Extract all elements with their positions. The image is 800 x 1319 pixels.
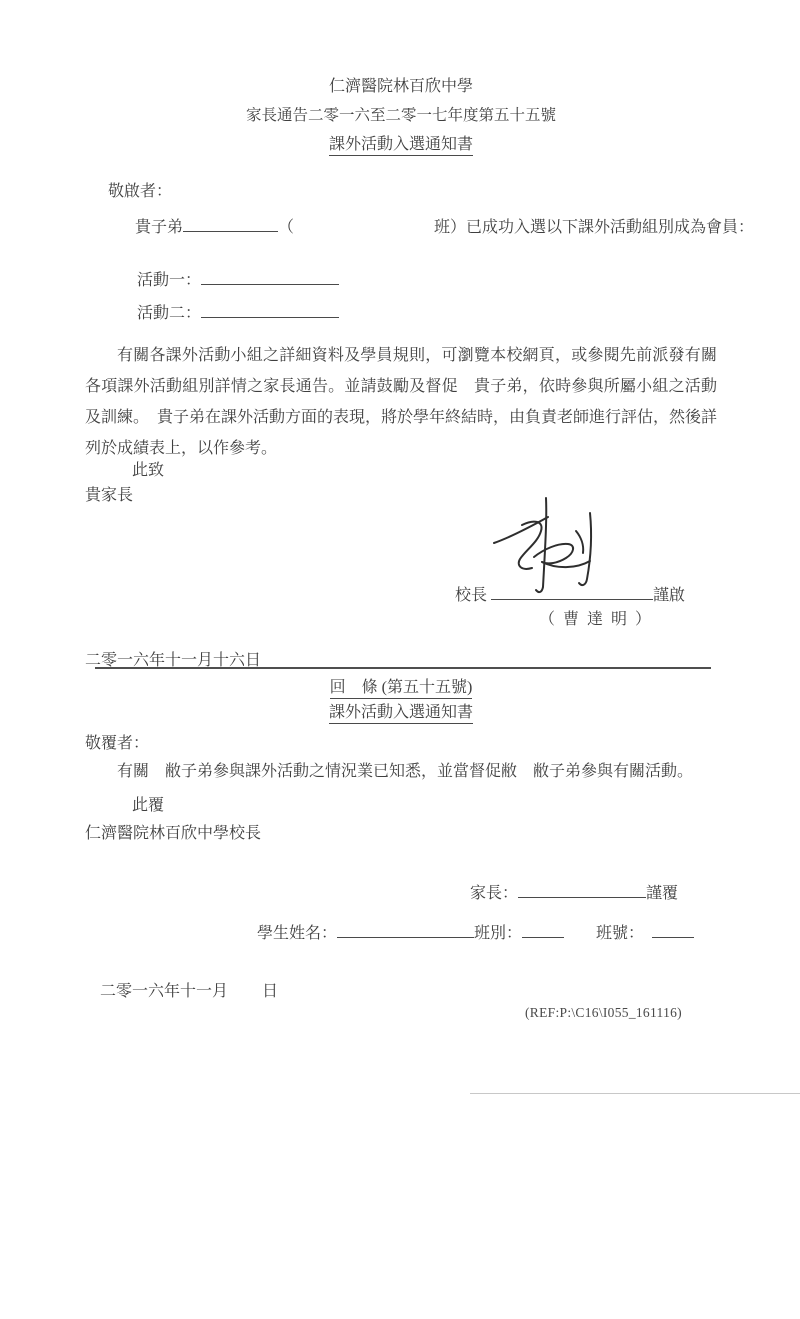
class-reply-blank — [522, 920, 564, 938]
reply-date-day-suffix: 日 — [262, 983, 278, 1000]
activity-1-label: 活動一： — [137, 272, 201, 289]
tear-off-divider — [95, 667, 711, 669]
scanned-notice-document: 仁濟醫院林百欣中學 家長通告二零一六至二零一七年度第五十五號 課外活動入選通知書… — [0, 0, 800, 1319]
student-name-label: 學生姓名： — [257, 925, 337, 942]
reply-date-row: 二零一六年十一月日 — [100, 978, 278, 1001]
notice-number-line: 家長通告二零一六至二零一七年度第五十五號 — [85, 103, 717, 125]
principal-signature-line — [491, 582, 653, 600]
paren-open: （ — [278, 219, 294, 236]
student-name-reply-blank — [337, 920, 474, 938]
scan-artifact-line — [470, 1093, 800, 1094]
parent-sign-row: 家長：謹覆 — [470, 880, 678, 903]
letter-closing: 此致 — [132, 457, 164, 480]
activity-2-row: 活動二： — [137, 300, 339, 323]
intro-prefix: 貴子弟 — [135, 219, 183, 236]
intro-suffix: 已成功入選以下課外活動組別成為會員： — [466, 219, 754, 236]
reference-code: (REF:P:\C16\I055_161116) — [525, 1005, 682, 1021]
reply-salutation: 敬覆者： — [85, 730, 149, 753]
reply-body: 有關 敝子弟參與課外活動之情況業已知悉，並當督促敝 敝子弟參與有關活動。 — [85, 756, 717, 787]
principal-name: （ 曹 達 明 ） — [516, 606, 676, 629]
activity-1-row: 活動一： — [137, 267, 339, 290]
parent-signature-blank — [518, 880, 646, 898]
reply-title-row-1: 回 條 (第五十五號) — [85, 674, 717, 697]
principal-sign-row: 校長 謹啟 — [455, 582, 685, 605]
activity-2-label: 活動二： — [137, 305, 201, 322]
student-info-row: 學生姓名：班別：班號： — [257, 920, 694, 943]
reply-slip-subtitle: 課外活動入選通知書 — [329, 704, 473, 724]
reply-addressee: 仁濟醫院林百欣中學校長 — [85, 820, 261, 843]
school-name: 仁濟醫院林百欣中學 — [85, 73, 717, 96]
letter-title: 課外活動入選通知書 — [329, 136, 473, 156]
reply-title-row-2: 課外活動入選通知書 — [85, 699, 717, 722]
letter-title-row: 課外活動入選通知書 — [85, 131, 717, 154]
student-name-blank — [183, 214, 278, 232]
letter-body-paragraph: 有關各課外活動小組之詳細資料及學員規則，可瀏覽本校網頁，或參閱先前派發有關各項課… — [85, 340, 717, 464]
principal-label: 校長 — [455, 587, 487, 604]
principal-sign-suffix: 謹啟 — [653, 587, 685, 604]
activity-2-blank — [201, 300, 339, 318]
class-paren-label: 班） — [434, 219, 466, 236]
reply-date-prefix: 二零一六年十一月 — [100, 983, 228, 1000]
class-no-reply-blank — [652, 920, 694, 938]
activity-1-blank — [201, 267, 339, 285]
class-label: 班別： — [474, 925, 522, 942]
class-no-label: 班號： — [596, 925, 644, 942]
reply-slip-title: 回 條 (第五十五號) — [330, 679, 473, 699]
reply-closing: 此覆 — [132, 792, 164, 815]
letter-salutation: 敬啟者： — [108, 178, 172, 201]
parent-sign-suffix: 謹覆 — [646, 885, 678, 902]
letter-recipient: 貴家長 — [85, 482, 133, 505]
intro-line: 貴子弟（班）已成功入選以下課外活動組別成為會員： — [135, 214, 754, 237]
parent-label: 家長： — [470, 885, 518, 902]
